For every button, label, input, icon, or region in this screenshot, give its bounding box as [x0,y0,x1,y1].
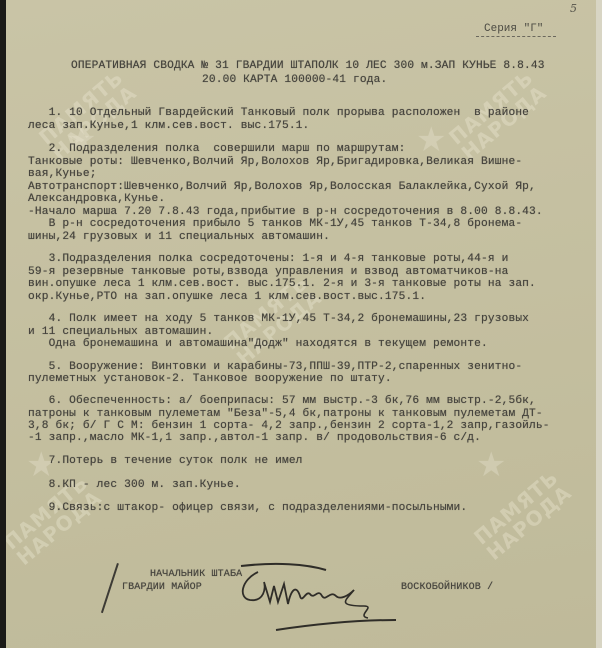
paragraph-8-line: 8.КП - лес 300 м. зап.Кунье. [28,479,241,491]
paragraph-6-line: 3,8 бк; б/ Г С М: бензин 1 сорта- 4,2 за… [28,420,550,432]
scan-edge [596,0,602,648]
signatory-name: ВОСКОБОЙНИКОВ / [401,582,493,593]
paragraph-2-line: Танковые роты: Шевченко,Волчий Яр,Волохо… [28,156,522,168]
paragraph-2-line: 2. Подразделения полка совершили марш по… [28,143,406,155]
paragraph-2-line: Автотранспорт:Шевченко,Волчий Яр,Волохов… [28,181,536,193]
paragraph-2-line: Александровка,Кунье. [28,193,165,205]
paragraph-1-line: леса зап.Кунье,1 клм.сев.вост. выс.175.1… [28,120,309,132]
paragraph-1-line: 1. 10 Отдельный Гвардейский Танковый пол… [28,107,529,119]
paragraph-3-line: вин.опушке леса 1 клм.сев.вост. выс.175.… [28,278,536,290]
paragraph-2-line: -Начало марша 7.20 7.8.43 года,прибытие … [28,206,543,218]
paragraph-2-line: вая,Кунье; [28,168,97,180]
paragraph-9-line: 9.Связь:с штакор- офицер связи, с подраз… [28,502,467,514]
paragraph-3-line: окр.Кунье,РТО на зап.опушке леса 1 клм.с… [28,291,426,303]
signature-title-line1: НАЧАЛЬНИК ШТАБА [150,569,242,580]
paragraph-3-line: 59-я резервные танковые роты,взвода упра… [28,266,508,278]
page-number-mark: 5 [570,2,577,15]
slash-mark [101,563,119,613]
paragraph-4-line: и 11 специальных автомашин. [28,326,213,338]
paragraph-4-line: Одна бронемашина и автомашина"Додж" нахо… [28,338,488,350]
paragraph-5-line: 5. Вооружение: Винтовки и карабины-73,ПП… [28,361,522,373]
signature-title-line2: ГВАРДИИ МАЙОР [122,582,202,593]
document-page: ★ ПАМЯТЬНАРОДА ★ ПАМЯТЬНАРОДА ПАМЯТЬНАРО… [6,0,596,648]
report-title-line2: 20.00 КАРТА 100000-41 года. [202,74,387,86]
handwritten-signature [236,560,406,640]
watermark-star-icon: ★ [416,120,446,160]
paragraph-3-line: 3.Подразделения полка сосредоточены: 1-я… [28,253,508,265]
paragraph-6-line: патроны к танковым пулеметам "Беза"-5,4 … [28,408,543,420]
paragraph-6-line: 6. Обеспеченность: а/ боеприпасы: 57 мм … [28,395,536,407]
paragraph-2-line: шины,24 грузовых и 11 специальных автома… [28,231,330,243]
paragraph-4-line: 4. Полк имеет на ходу 5 танков МК-1У,45 … [28,313,529,325]
paragraph-2-line: В р-н сосредоточения прибыло 5 танков МК… [28,218,522,230]
series-label: Серия "Г" [484,23,543,35]
series-underline [476,36,556,37]
paragraph-6-line: -1 запр.,масло МК-1,1 запр.,автол-1 запр… [28,432,481,444]
paragraph-7-line: 7.Потерь в течение суток полк не имел [28,455,303,467]
watermark-star-icon: ★ [476,445,506,485]
paragraph-5-line: пулеметных установок-2. Танковое вооруже… [28,373,392,385]
report-title: ОПЕРАТИВНАЯ СВОДКА № 31 ГВАРДИИ ШТАПОЛК … [71,60,545,72]
